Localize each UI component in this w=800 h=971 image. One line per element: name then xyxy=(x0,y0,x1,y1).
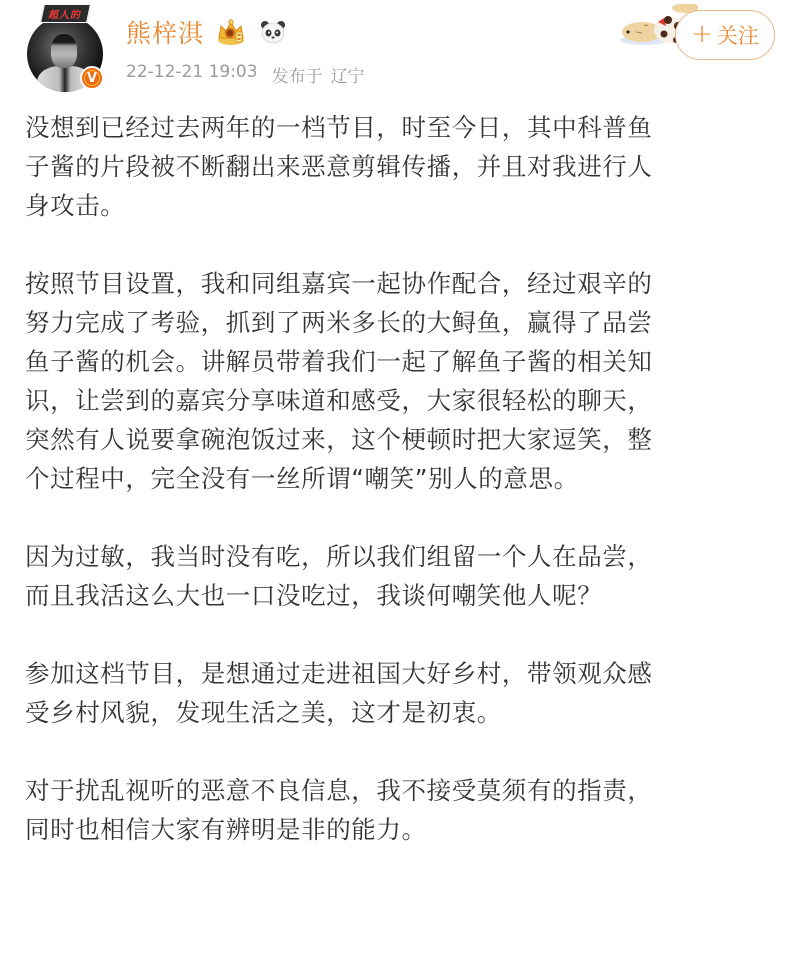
follow-button[interactable]: + 关注 xyxy=(675,10,775,60)
paragraph: 因为过敏，我当时没有吃，所以我们组留一个人在品尝， 而且我活这么大也一口没吃过，… xyxy=(25,537,777,615)
paragraph: 没想到已经过去两年的一档节目，时至今日，其中科普鱼 子酱的片段被不断翻出来恶意剪… xyxy=(25,108,777,225)
text-line: 因为过敏，我当时没有吃，所以我们组留一个人在品尝， xyxy=(25,537,777,576)
text-line: 受乡村风貌，发现生活之美，这才是初衷。 xyxy=(25,693,777,732)
follow-label: 关注 xyxy=(717,20,759,50)
weibo-post: 超人的 V 熊梓淇 xyxy=(0,0,800,971)
text-line: 努力完成了考验，抓到了两米多长的大鲟鱼，赢得了品尝 xyxy=(25,303,777,342)
text-line: 鱼子酱的机会。讲解员带着我们一起了解鱼子酱的相关知 xyxy=(25,342,777,381)
text-line: 突然有人说要拿碗泡饭过来，这个梗顿时把大家逗笑，整 xyxy=(25,420,777,459)
post-location: 发布于 辽宁 xyxy=(272,62,365,87)
text-line: 对于扰乱视听的恶意不良信息，我不接受莫须有的指责， xyxy=(25,771,777,810)
paragraph: 对于扰乱视听的恶意不良信息，我不接受莫须有的指责， 同时也相信大家有辨明是非的能… xyxy=(25,771,777,849)
avatar-frame-label: 超人的 xyxy=(27,4,103,22)
text-line: 身攻击。 xyxy=(25,186,777,225)
post-timestamp: 22-12-21 19:03 xyxy=(126,62,258,87)
text-line: 没想到已经过去两年的一档节目，时至今日，其中科普鱼 xyxy=(25,108,777,147)
post-body: 没想到已经过去两年的一档节目，时至今日，其中科普鱼 子酱的片段被不断翻出来恶意剪… xyxy=(25,108,777,888)
avatar-face xyxy=(51,34,77,68)
text-line: 而且我活这么大也一口没吃过，我谈何嘲笑他人呢？ xyxy=(25,576,777,615)
author-name[interactable]: 熊梓淇 xyxy=(126,14,204,50)
published-label: 发布于 xyxy=(272,62,323,87)
text-line: 参加这档节目，是想通过走进祖国大好乡村，带领观众感 xyxy=(25,654,777,693)
text-line: 同时也相信大家有辨明是非的能力。 xyxy=(25,810,777,849)
paragraph: 按照节目设置，我和同组嘉宾一起协作配合，经过艰辛的 努力完成了考验，抓到了两米多… xyxy=(25,264,777,498)
post-header: 超人的 V 熊梓淇 xyxy=(0,0,800,100)
plus-icon: + xyxy=(691,21,713,47)
avatar[interactable]: 超人的 V xyxy=(27,4,103,90)
text-line: 个过程中，完全没有一丝所谓“嘲笑”别人的意思。 xyxy=(25,459,777,498)
paragraph: 参加这档节目，是想通过走进祖国大好乡村，带领观众感 受乡村风貌，发现生活之美，这… xyxy=(25,654,777,732)
location-text: 辽宁 xyxy=(331,62,365,87)
verified-badge-icon: V xyxy=(80,66,104,90)
text-line: 按照节目设置，我和同组嘉宾一起协作配合，经过艰辛的 xyxy=(25,264,777,303)
panda-icon xyxy=(260,20,286,44)
text-line: 识，让尝到的嘉宾分享味道和感受，大家很轻松的聊天， xyxy=(25,381,777,420)
text-line: 子酱的片段被不断翻出来恶意剪辑传播，并且对我进行人 xyxy=(25,147,777,186)
crown-icon xyxy=(216,18,246,46)
post-meta: 22-12-21 19:03 发布于 辽宁 xyxy=(126,62,365,87)
